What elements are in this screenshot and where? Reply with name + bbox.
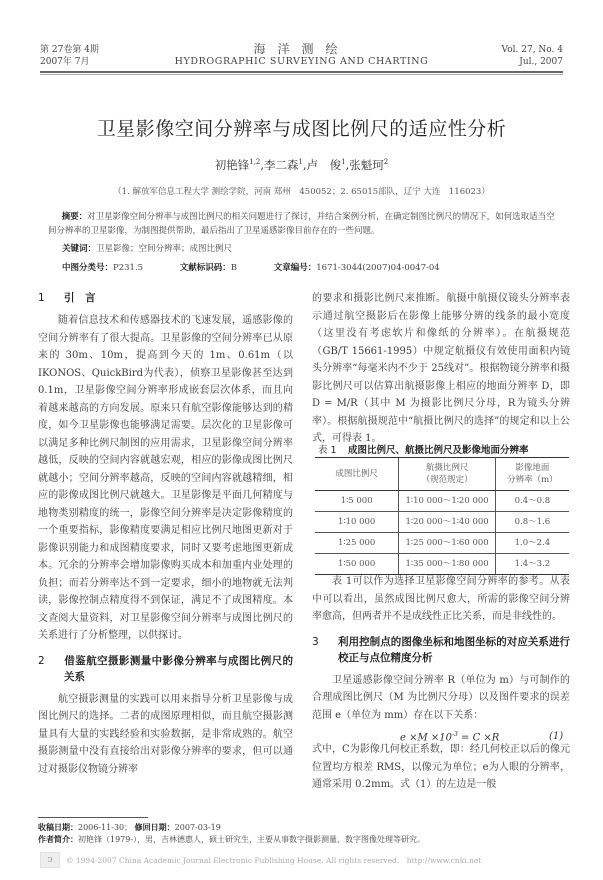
table-number: 表 1 xyxy=(318,442,348,456)
author-bio-label: 作者简介： xyxy=(38,835,78,844)
keywords-label: 关键词： xyxy=(62,244,96,254)
keywords-text: 卫星影像；空间分辨率；成图比例尺 xyxy=(96,244,232,254)
abstract-label: 摘要： xyxy=(62,212,88,222)
paragraph-formula-explanation: 式中，C为影像几何校正系数，即：经几何校正以后的像元位置均方根差 RMS，以像元… xyxy=(312,741,570,794)
table-cell: 0.8～1.6 xyxy=(495,512,569,533)
table-row: 1∶10 000 1∶20 000～1∶40 000 0.8～1.6 xyxy=(315,512,569,533)
right-column-top: 的要求和摄影比例尺来推断。航摄中航摄仪镜头分辨率表示通过航空摄影后在影像上能够分… xyxy=(312,290,570,448)
keywords: 关键词：卫星影像；空间分辨率；成图比例尺 xyxy=(62,242,232,254)
equation-1: e ×M ×10-3 = C ×R xyxy=(400,731,499,743)
paragraph-introduction: 随着信息技术和传感器技术的飞速发展，遥感影像的空间分辨率有了很大提高。卫星影像的… xyxy=(38,312,293,645)
equation-rhs: = C ×R xyxy=(458,732,499,743)
table-cell: 1∶35 000～1∶80 000 xyxy=(399,554,496,575)
paragraph-continued: 的要求和摄影比例尺来推断。航摄中航摄仪镜头分辨率表示通过航空摄影后在影像上能够分… xyxy=(312,290,570,448)
table-title: 成图比例尺、航摄比例尺及影像地面分辨率 xyxy=(348,445,529,456)
author-affiliation-mark: 1 xyxy=(299,158,303,166)
cnki-logo-icon: ↄ xyxy=(40,852,60,868)
author-affiliation-mark: 1 xyxy=(341,158,345,166)
table-cell: 1∶50 000 xyxy=(315,554,399,575)
article-id-label: 文章编号： xyxy=(274,263,317,273)
left-column: 1引 言 随着信息技术和传感器技术的飞速发展，遥感影像的空间分辨率有了很大提高。… xyxy=(38,290,293,778)
author-name: 初艳锋 xyxy=(215,158,250,172)
paragraph-resolution-relation: 卫星遥感影像空间分辨率 R（单位为 m）与可制作的合理成图比例尺（M 为比例尺分… xyxy=(312,672,570,725)
section-heading-2: 2借鉴航空摄影测量中影像分辨率与成图比例尺的关系 xyxy=(38,653,293,685)
author-list: 初艳锋1,2,李二森1,卢 俊1,张魁珂2 xyxy=(0,157,603,173)
table-scale-resolution: 成图比例尺 航摄比例尺 （规范规定） 影像地面 分辨率（m） 1∶5 000 1… xyxy=(315,457,569,575)
table-cell: 1∶5 000 xyxy=(315,491,399,512)
header-divider xyxy=(40,71,563,75)
author-affiliation-mark: 2 xyxy=(384,158,388,166)
copyright-notice: © 1994-2007 China Academic Journal Elect… xyxy=(66,855,481,866)
table-header-cell: 航摄比例尺 （规范规定） xyxy=(399,458,496,491)
paragraph-aerial-photogrammetry: 航空摄影测量的实践可以用来指导分析卫星影像与成图比例尺的选择。二者的成图原理相似… xyxy=(38,691,293,779)
table-header-cell: 成图比例尺 xyxy=(315,458,399,491)
equation-lhs: e ×M ×10 xyxy=(400,732,452,743)
footnote: 收稿日期：2006-11-30； 修回日期：2007-03-19 作者简介：初艳… xyxy=(38,822,425,846)
equation-number: (1) xyxy=(549,731,563,742)
table-cell: 1∶10 000 xyxy=(315,512,399,533)
revised-label: 修回日期： xyxy=(135,823,175,832)
table-cell: 1.0～2.4 xyxy=(495,533,569,554)
author-bio: 初艳锋（1979-），男，吉林德惠人，硕士研究生，主要从事数字摄影测量、数字图像… xyxy=(78,835,425,844)
table-row: 1∶5 000 1∶10 000～1∶20 000 0.4～0.8 xyxy=(315,491,569,512)
table-row: 1∶25 000 1∶25 000～1∶60 000 1.0～2.4 xyxy=(315,533,569,554)
paper-title: 卫星影像空间分辨率与成图比例尺的适应性分析 xyxy=(0,114,603,141)
paragraph-table-discussion: 表 1可以作为选择卫星影像空间分辨率的参考。从表中可以看出，虽然成图比例尺愈大，… xyxy=(312,573,570,626)
header-volume-info-en: Vol. 27, No. 4 Jul., 2007 xyxy=(502,44,563,68)
volume-en: Vol. 27, No. 4 xyxy=(502,44,563,56)
author-name: 张魁珂 xyxy=(349,158,384,172)
revised-date: 2007-03-19 xyxy=(175,823,221,832)
article-id-value: 1671-3044(2007)04-0047-04 xyxy=(316,263,439,273)
section-heading-1: 1引 言 xyxy=(38,290,293,306)
table-cell: 1∶10 000～1∶20 000 xyxy=(399,491,496,512)
table-cell: 1∶25 000 xyxy=(315,533,399,554)
table-caption: 表 1成图比例尺、航摄比例尺及影像地面分辨率 xyxy=(318,442,529,456)
section-title: 引 言 xyxy=(64,292,96,304)
section-number: 3 xyxy=(312,634,338,650)
doc-code-label: 文献标识码： xyxy=(180,263,231,273)
section-number: 2 xyxy=(38,653,64,669)
section-title: 借鉴航空摄影测量中影像分辨率与成图比例尺的关系 xyxy=(64,655,293,683)
date-en: Jul., 2007 xyxy=(502,56,563,68)
affiliation: （1. 解放军信息工程大学 测绘学院，河南 郑州 450052；2. 65015… xyxy=(0,185,603,197)
table-cell: 1∶25 000～1∶60 000 xyxy=(399,533,496,554)
classification-line: 中图分类号：P231.5 文献标识码：B 文章编号：1671-3044(2007… xyxy=(62,261,440,273)
clc-value: P231.5 xyxy=(113,263,143,273)
abstract-text: 对卫星影像空间分辨率与成图比例尺的相关问题进行了探讨，并结合案例分析，在确定制图… xyxy=(48,212,555,236)
table-header-cell: 影像地面 分辨率（m） xyxy=(495,458,569,491)
table-row: 1∶50 000 1∶35 000～1∶80 000 1.4～3.2 xyxy=(315,554,569,575)
section-number: 1 xyxy=(38,290,64,306)
abstract: 摘要：对卫星影像空间分辨率与成图比例尺的相关问题进行了探讨，并结合案例分析，在确… xyxy=(48,210,556,238)
author-affiliation-mark: 1,2 xyxy=(249,158,260,166)
author-name: 李二森 xyxy=(264,158,299,172)
footnote-divider xyxy=(38,817,148,818)
received-label: 收稿日期： xyxy=(38,823,78,832)
table-header-row: 成图比例尺 航摄比例尺 （规范规定） 影像地面 分辨率（m） xyxy=(315,458,569,491)
table-cell: 0.4～0.8 xyxy=(495,491,569,512)
received-date: 2006-11-30； xyxy=(78,823,132,832)
section-heading-3: 3利用控制点的图像坐标和地图坐标的对应关系进行校正与点位精度分析 xyxy=(312,634,570,666)
table-cell: 1.4～3.2 xyxy=(495,554,569,575)
table-cell: 1∶20 000～1∶40 000 xyxy=(399,512,496,533)
clc-label: 中图分类号： xyxy=(62,263,113,273)
section-title: 利用控制点的图像坐标和地图坐标的对应关系进行校正与点位精度分析 xyxy=(338,636,570,664)
right-column-bottom: 表 1可以作为选择卫星影像空间分辨率的参考。从表中可以看出，虽然成图比例尺愈大，… xyxy=(312,573,570,794)
author-name: 卢 俊 xyxy=(307,158,342,172)
doc-code-value: B xyxy=(231,263,237,273)
